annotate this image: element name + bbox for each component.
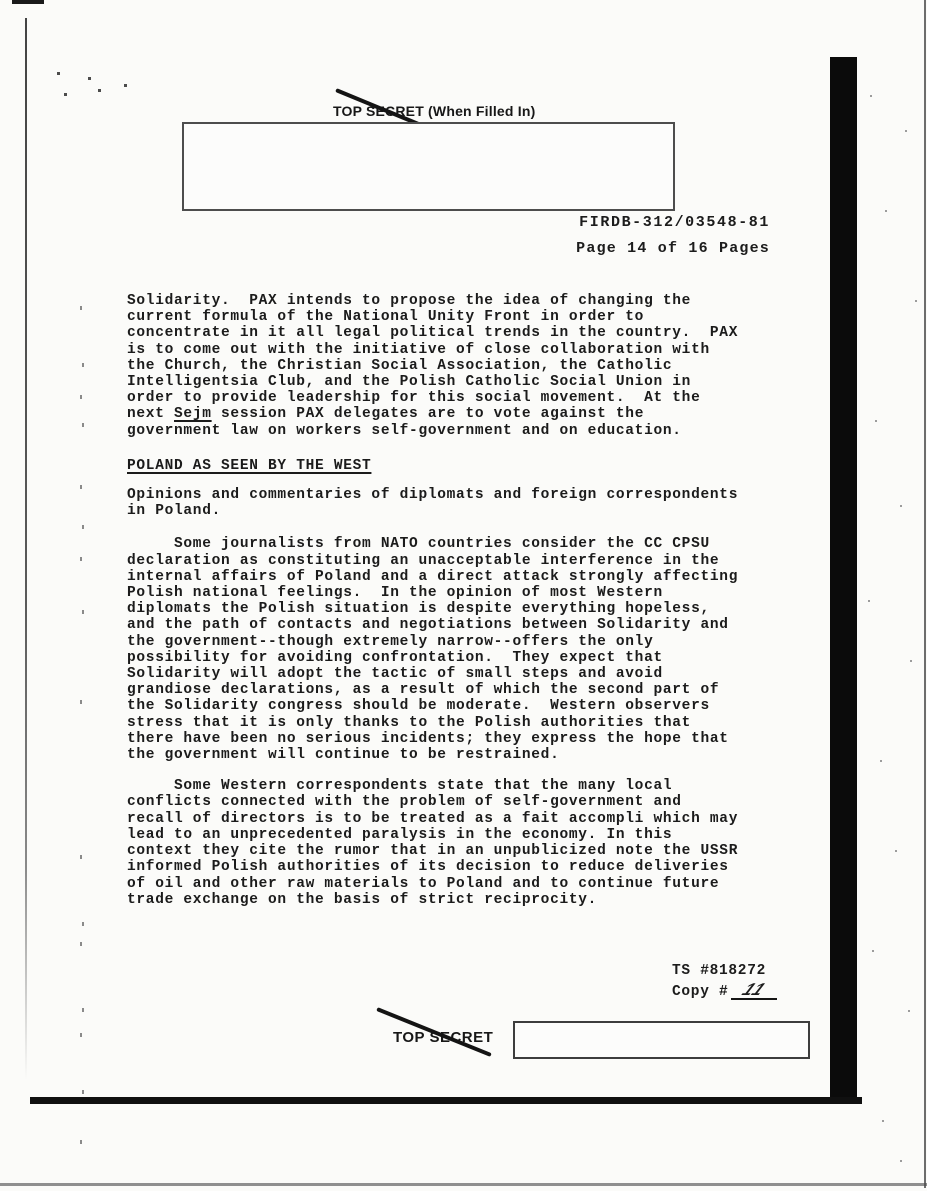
copy-number-line: Copy #11	[672, 980, 777, 1000]
copy-number-underline: 11	[731, 980, 777, 1000]
noise-speck	[900, 1160, 902, 1162]
noise-speck	[885, 210, 887, 212]
noise-speck	[895, 850, 897, 852]
document-page: TOP SECRET (When Filled In) FIRDB-312/03…	[0, 0, 927, 1191]
scan-artifact-black-rule	[30, 1097, 862, 1104]
noise-speck	[57, 72, 60, 75]
page-edge-line-bottom	[0, 1183, 927, 1186]
noise-speck	[880, 760, 882, 762]
scan-artifact-black-bar	[830, 57, 857, 1100]
document-body: Solidarity. PAX intends to propose the i…	[127, 293, 807, 908]
classification-banner-top: TOP SECRET (When Filled In)	[333, 103, 535, 119]
paragraph-solidarity-last-line: government law on workers self-governmen…	[127, 423, 807, 439]
page-edge-line-right	[924, 0, 926, 1188]
sejm-line-after: session PAX delegates are to vote agains…	[212, 406, 644, 422]
noise-speck	[80, 1140, 82, 1144]
noise-speck	[124, 84, 127, 87]
noise-speck	[882, 1120, 884, 1122]
noise-speck	[82, 610, 84, 614]
noise-speck	[80, 855, 82, 859]
ts-control-number: TS #818272	[672, 963, 766, 979]
page-edge-line-left	[25, 18, 27, 1080]
noise-speck	[80, 1033, 82, 1037]
document-number: FIRDB-312/03548-81	[579, 214, 770, 231]
noise-speck	[80, 306, 82, 310]
noise-speck	[80, 942, 82, 946]
noise-speck	[905, 130, 907, 132]
noise-speck	[64, 93, 67, 96]
noise-speck	[80, 395, 82, 399]
noise-speck	[82, 1090, 84, 1094]
copy-number-label: Copy #	[672, 984, 728, 1000]
paragraph-western-correspondents: Some Western correspondents state that t…	[127, 778, 807, 908]
noise-speck	[80, 700, 82, 704]
noise-speck	[870, 95, 872, 97]
paragraph-solidarity-sejm-line: next Sejm session PAX delegates are to v…	[127, 406, 807, 422]
paragraph-opinions: Opinions and commentaries of diplomats a…	[127, 487, 807, 519]
noise-speck	[82, 423, 84, 427]
noise-speck	[80, 557, 82, 561]
handwritten-copy-number: 11	[737, 980, 773, 1000]
paragraph-solidarity-pax: Solidarity. PAX intends to propose the i…	[127, 293, 807, 406]
noise-speck	[910, 660, 912, 662]
header-form-box-empty	[182, 122, 675, 211]
noise-speck	[82, 922, 84, 926]
noise-speck	[908, 1010, 910, 1012]
noise-speck	[872, 950, 874, 952]
underlined-word-sejm: Sejm	[174, 406, 212, 422]
noise-speck	[88, 77, 91, 80]
noise-speck	[915, 300, 917, 302]
scan-smudge	[12, 0, 44, 4]
page-count-label: Page 14 of 16 Pages	[576, 240, 770, 257]
sejm-line-before: next	[127, 406, 174, 422]
noise-speck	[82, 525, 84, 529]
footer-form-box-empty	[513, 1021, 810, 1059]
noise-speck	[900, 505, 902, 507]
noise-speck	[82, 363, 84, 367]
section-heading-poland-west: POLAND AS SEEN BY THE WEST	[127, 458, 807, 474]
noise-speck	[80, 485, 82, 489]
paragraph-nato-journalists: Some journalists from NATO countries con…	[127, 536, 807, 763]
noise-speck	[98, 89, 101, 92]
noise-speck	[82, 1008, 84, 1012]
noise-speck	[868, 600, 870, 602]
noise-speck	[875, 420, 877, 422]
